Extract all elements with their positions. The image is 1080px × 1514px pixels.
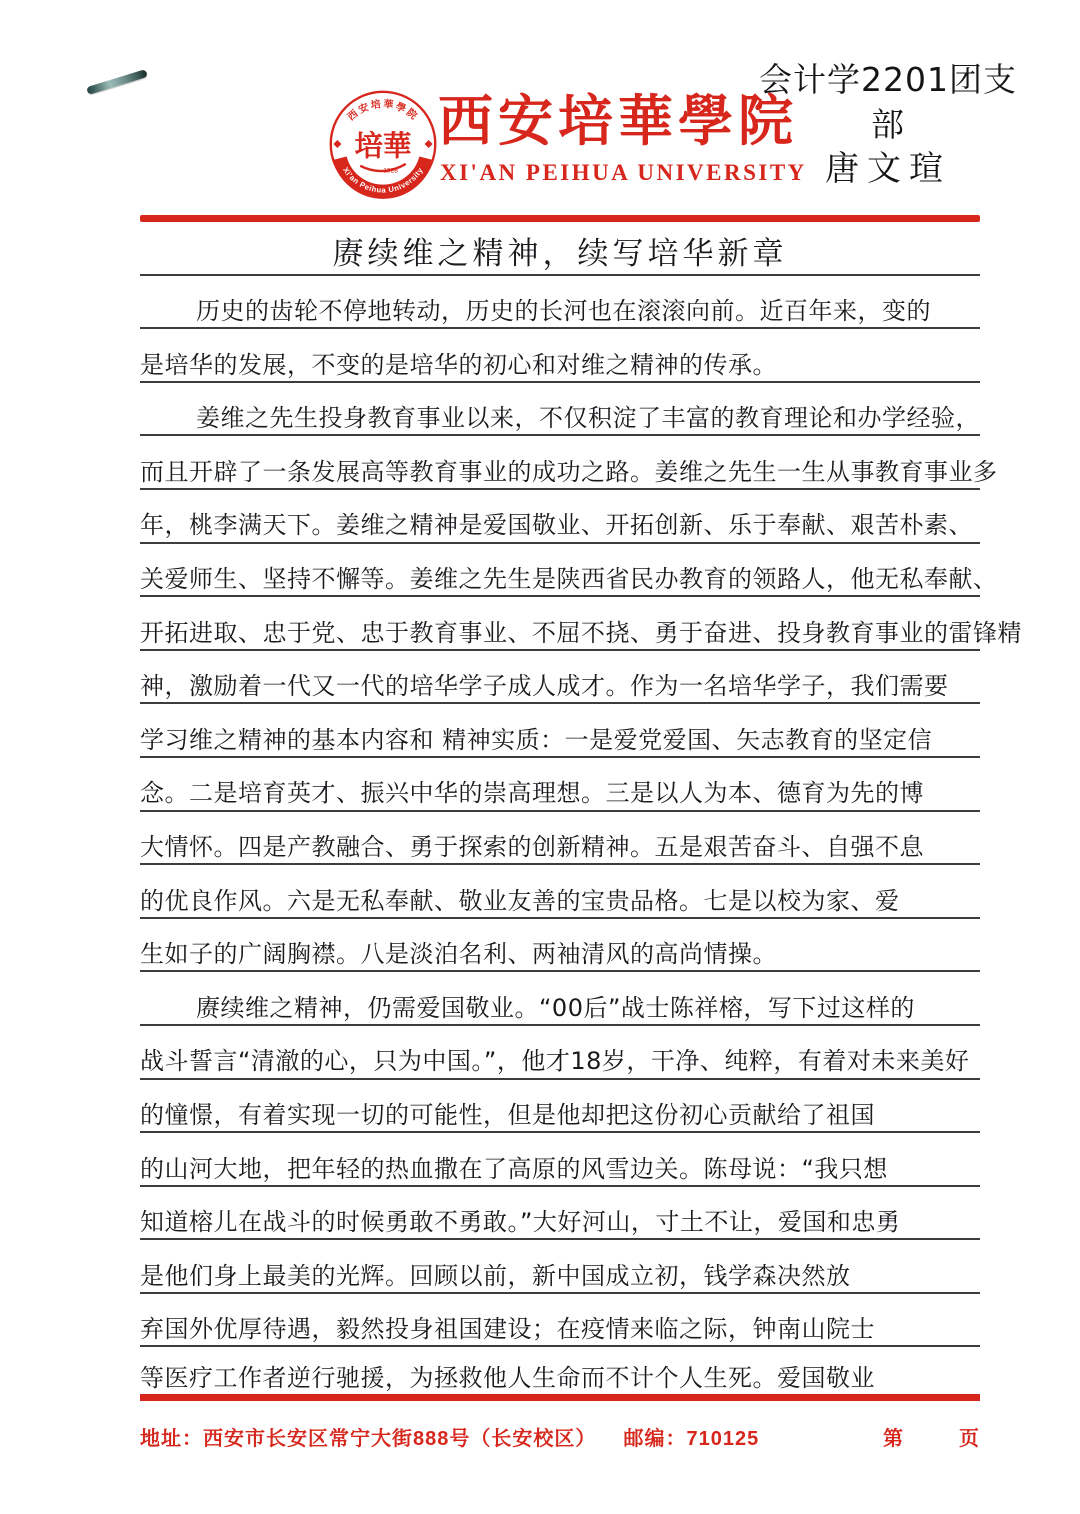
handwritten-text: 开拓进取、忠于党、忠于教育事业、不屈不挠、勇于奋进、投身教育事业的雷锋精 — [140, 621, 1022, 646]
handwritten-line: 等医疗工作者逆行驰援，为拯救他人生命而不计个人生死。爱国敬业 — [140, 1347, 980, 1401]
handwritten-text: 神，激励着一代又一代的培华学子成人成才。作为一名培华学子，我们需要 — [140, 674, 949, 699]
scanned-letter-page: 会计学2201团支部 唐文瑄 西安培華學院 Xi'an Peihua Unive… — [0, 0, 1080, 1514]
handwritten-line: 弃国外优厚待遇，毅然投身祖国建设；在疫情来临之际，钟南山院士 — [140, 1294, 980, 1348]
handwritten-line: 姜维之先生投身教育事业以来，不仅积淀了丰富的教育理论和办学经验， — [140, 383, 980, 437]
logo-year: 1928 — [383, 168, 398, 175]
postcode-value: 710125 — [687, 1428, 760, 1450]
ruled-lines: 赓续维之精神，续写培华新章 历史的齿轮不停地转动，历史的长河也在滚滚向前。近百年… — [140, 222, 980, 1401]
handwritten-text: 战斗誓言“清澈的心，只为中国。”，他才18岁，干净、纯粹，有着对未来美好 — [140, 1049, 969, 1074]
handwritten-text: 生如子的广阔胸襟。八是淡泊名利、两袖清风的高尚情操。 — [140, 942, 777, 967]
handwritten-text: 的优良作风。六是无私奉献、敬业友善的宝贵品格。七是以校为家、爱 — [140, 889, 900, 914]
footer-address: 地址：西安市长安区常宁大街888号（长安校区） 邮编：710125 — [140, 1422, 759, 1451]
footer-pager: 第 页 — [883, 1422, 980, 1451]
address-value: 西安市长安区常宁大街888号（长安校区） — [203, 1428, 596, 1450]
university-name-chinese: 西安培華學院 — [438, 90, 798, 154]
university-seal-logo: 西安培華學院 Xi'an Peihua University 培華 1928 — [326, 87, 440, 201]
handwritten-text: 等医疗工作者逆行驰援，为拯救他人生命而不计个人生死。爱国敬业 — [140, 1366, 875, 1391]
essay-title-line: 赓续维之精神，续写培华新章 — [140, 222, 980, 276]
page-suffix: 页 — [959, 1422, 980, 1451]
handwritten-line: 年，桃李满天下。姜维之精神是爱国敬业、开拓创新、乐于奉献、艰苦朴素、 — [140, 490, 980, 544]
pen-icon — [86, 69, 148, 95]
handwritten-text: 学习维之精神的基本内容和 精神实质：一是爱党爱国、矢志教育的坚定信 — [140, 728, 932, 753]
handwritten-line: 念。二是培育英才、振兴中华的崇高理想。三是以人为本、德育为先的博 — [140, 758, 980, 812]
postcode-label: 邮编： — [624, 1428, 687, 1450]
handwritten-line: 而且开辟了一条发展高等教育事业的成功之路。姜维之先生一生从事教育事业多 — [140, 436, 980, 490]
handwritten-text: 念。二是培育英才、振兴中华的崇高理想。三是以人为本、德育为先的博 — [140, 781, 924, 806]
handwritten-text: 历史的齿轮不停地转动，历史的长河也在滚滚向前。近百年来，变的 — [140, 299, 931, 324]
handwritten-text: 知道榕儿在战斗的时候勇敢不勇敢。”大好河山，寸土不让，爱国和忠勇 — [140, 1210, 900, 1235]
handwritten-line: 神，激励着一代又一代的培华学子成人成才。作为一名培华学子，我们需要 — [140, 651, 980, 705]
handwritten-line: 大情怀。四是产教融合、勇于探索的创新精神。五是艰苦奋斗、自强不息 — [140, 812, 980, 866]
page-prefix: 第 — [883, 1422, 904, 1451]
handwritten-line: 是培华的发展，不变的是培华的初心和对维之精神的传承。 — [140, 329, 980, 383]
handwritten-text: 的憧憬，有着实现一切的可能性，但是他却把这份初心贡献给了祖国 — [140, 1103, 875, 1128]
handwritten-text: 赓续维之精神，仍需爱国敬业。“00后”战士陈祥榕，写下过这样的 — [140, 996, 915, 1021]
handwritten-text: 是培华的发展，不变的是培华的初心和对维之精神的传承。 — [140, 353, 777, 378]
handwritten-line: 生如子的广阔胸襟。八是淡泊名利、两袖清风的高尚情操。 — [140, 919, 980, 973]
essay-title: 赓续维之精神，续写培华新章 — [333, 238, 788, 271]
handwritten-line: 关爱师生、坚持不懈等。姜维之先生是陕西省民办教育的领路人，他无私奉献、 — [140, 544, 980, 598]
handwritten-text: 弃国外优厚待遇，毅然投身祖国建设；在疫情来临之际，钟南山院士 — [140, 1317, 875, 1342]
handwritten-line: 学习维之精神的基本内容和 精神实质：一是爱党爱国、矢志教育的坚定信 — [140, 704, 980, 758]
handwritten-text: 的山河大地，把年轻的热血撒在了高原的风雪边关。陈母说：“我只想 — [140, 1157, 888, 1182]
handwritten-line: 赓续维之精神，仍需爱国敬业。“00后”战士陈祥榕，写下过这样的 — [140, 972, 980, 1026]
handwritten-text: 姜维之先生投身教育事业以来，不仅积淀了丰富的教育理论和办学经验， — [140, 406, 980, 431]
address-label: 地址： — [140, 1428, 203, 1450]
handwritten-line: 的山河大地，把年轻的热血撒在了高原的风雪边关。陈母说：“我只想 — [140, 1133, 980, 1187]
handwritten-line: 历史的齿轮不停地转动，历史的长河也在滚滚向前。近百年来，变的 — [140, 276, 980, 330]
handwritten-line: 知道榕儿在战斗的时候勇敢不勇敢。”大好河山，寸土不让，爱国和忠勇 — [140, 1187, 980, 1241]
handwritten-line: 战斗誓言“清澈的心，只为中国。”，他才18岁，干净、纯粹，有着对未来美好 — [140, 1026, 980, 1080]
handwritten-text: 大情怀。四是产教融合、勇于探索的创新精神。五是艰苦奋斗、自强不息 — [140, 835, 924, 860]
handwritten-line: 的憧憬，有着实现一切的可能性，但是他却把这份初心贡献给了祖国 — [140, 1080, 980, 1134]
page-footer: 地址：西安市长安区常宁大街888号（长安校区） 邮编：710125 第 页 — [140, 1422, 980, 1451]
handwritten-line: 开拓进取、忠于党、忠于教育事业、不屈不挠、勇于奋进、投身教育事业的雷锋精 — [140, 597, 980, 651]
handwritten-text: 而且开辟了一条发展高等教育事业的成功之路。姜维之先生一生从事教育事业多 — [140, 460, 998, 485]
handwritten-line: 是他们身上最美的光辉。回顾以前，新中国成立初，钱学森决然放 — [140, 1240, 980, 1294]
handwritten-text: 年，桃李满天下。姜维之精神是爱国敬业、开拓创新、乐于奉献、艰苦朴素、 — [140, 513, 973, 538]
university-name-english: XI'AN PEIHUA UNIVERSITY — [440, 160, 800, 186]
header-divider-line — [140, 215, 980, 222]
handwritten-text: 是他们身上最美的光辉。回顾以前，新中国成立初，钱学森决然放 — [140, 1264, 851, 1289]
handwritten-line: 的优良作风。六是无私奉献、敬业友善的宝贵品格。七是以校为家、爱 — [140, 865, 980, 919]
handwritten-text: 关爱师生、坚持不懈等。姜维之先生是陕西省民办教育的领路人，他无私奉献、 — [140, 567, 998, 592]
logo-seal-characters: 培華 — [354, 129, 411, 162]
